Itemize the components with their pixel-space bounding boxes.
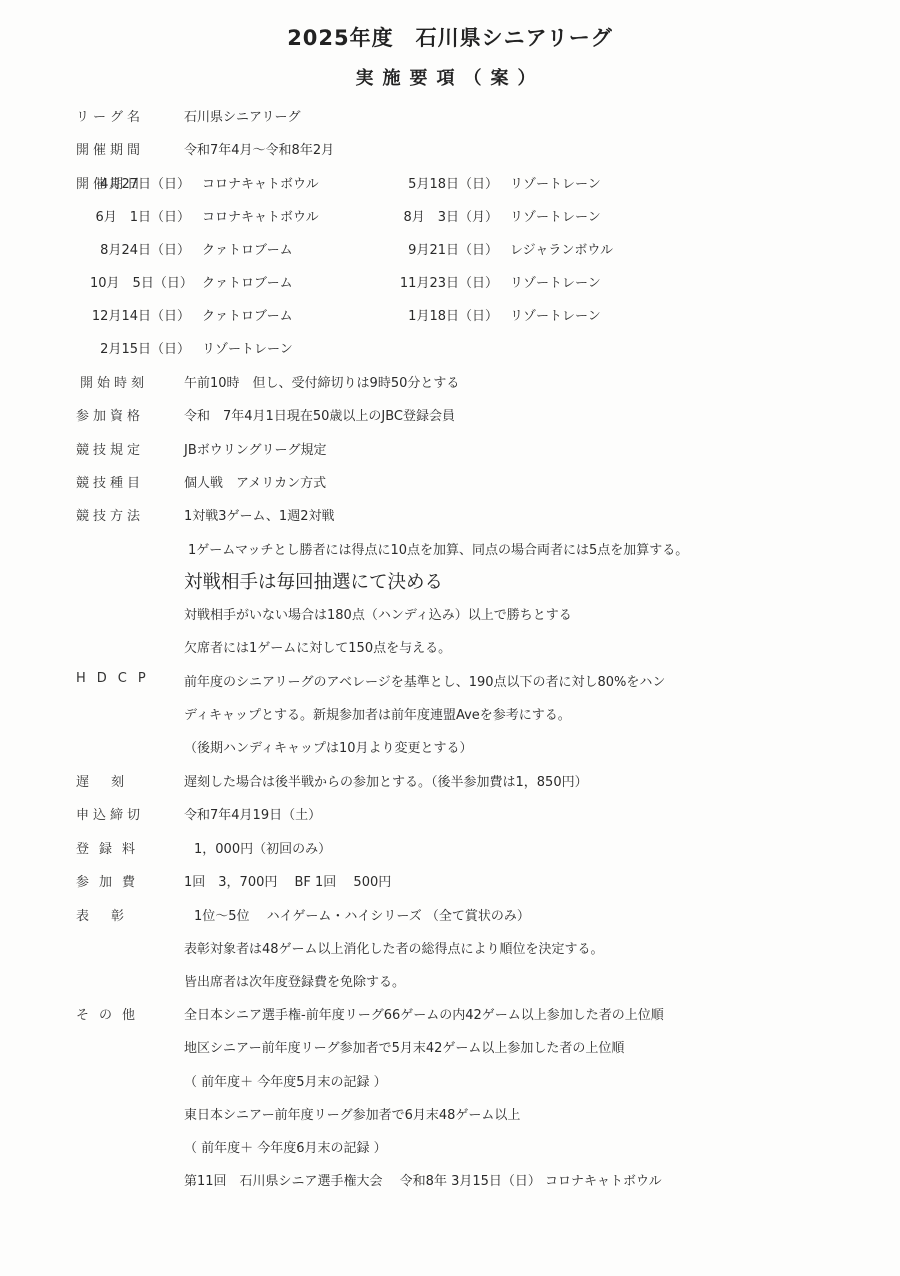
schedule-item: 1月18日（日）リゾートレーン (398, 305, 601, 324)
schedule-date: 11月23日（日） (398, 272, 498, 291)
method-line: 1ゲームマッチとし勝者には得点に10点を加算、同点の場合両者には5点を加算する。 (188, 539, 688, 558)
label-late: 遅刻 (76, 771, 146, 790)
schedule-venue: クァトロブーム (202, 309, 293, 324)
value-registration-fee: 1，000円（初回のみ） (194, 838, 331, 857)
schedule-date: 8月 3日（月） (398, 206, 498, 225)
schedule-venue: リゾートレーン (202, 342, 293, 357)
awards-line: 皆出席者は次年度登録費を免除する。 (184, 971, 405, 990)
label-method: 競技方法 (76, 505, 144, 524)
awards-line: 表彰対象者は48ゲーム以上消化した者の総得点により順位を決定する。 (184, 938, 604, 957)
other-line: 東日本シニアー前年度リーグ参加者で6月末48ゲーム以上 (184, 1104, 520, 1123)
label-awards: 表彰 (76, 905, 146, 924)
document-subtitle: 実施要項（案） (0, 64, 900, 90)
label-event: 競技種目 (76, 472, 144, 491)
value-league-name: 石川県シニアリーグ (184, 106, 300, 125)
other-line: 全日本シニア選手権-前年度リーグ66ゲームの内42ゲーム以上参加した者の上位順 (184, 1004, 664, 1023)
schedule-item: 8月24日（日）クァトロブーム (90, 239, 293, 258)
schedule-item: 5月18日（日）リゾートレーン (398, 173, 601, 192)
value-start-time: 午前10時 但し、受付締切りは9時50分とする (184, 372, 459, 391)
schedule-date: 5月18日（日） (398, 173, 498, 192)
label-rules: 競技規定 (76, 439, 144, 458)
method-line: 欠席者には1ゲームに対して150点を与える。 (184, 637, 451, 656)
document-title: 2025年度 石川県シニアリーグ (0, 22, 900, 52)
schedule-item: 12月14日（日）クァトロブーム (90, 305, 293, 324)
other-line: （ 前年度＋ 今年度5月末の記録 ） (184, 1071, 387, 1090)
schedule-date: 9月21日（日） (398, 239, 498, 258)
schedule-item: 10月 5日（日）クァトロブーム (90, 272, 293, 291)
other-line: （ 前年度＋ 今年度6月末の記録 ） (184, 1137, 387, 1156)
schedule-item: 11月23日（日）リゾートレーン (398, 272, 601, 291)
schedule-item: 2月15日（日）リゾートレーン (90, 338, 293, 357)
hdcp-line: 前年度のシニアリーグのアベレージを基準とし、190点以下の者に対し80%をハン (184, 671, 665, 690)
schedule-venue: レジャランボウル (510, 243, 613, 258)
schedule-date: 4月27日（日） (90, 173, 190, 192)
method-emphasis-line: 対戦相手は毎回抽選にて決める (184, 568, 443, 594)
schedule-date: 10月 5日（日） (90, 272, 190, 291)
value-late: 遅刻した場合は後半戦からの参加とする。（後半参加費は1，850円） (184, 771, 588, 790)
value-period: 令和7年4月～令和8年2月 (184, 139, 334, 158)
value-deadline: 令和7年4月19日（土） (184, 804, 321, 823)
schedule-date: 2月15日（日） (90, 338, 190, 357)
label-hdcp: HDCP (76, 671, 157, 686)
value-rules: JBボウリングリーグ規定 (184, 439, 327, 458)
schedule-venue: リゾートレーン (510, 309, 601, 324)
label-start-time: 開始時刻 (80, 372, 148, 391)
label-eligibility: 参加資格 (76, 405, 144, 424)
label-registration-fee: 登録料 (76, 838, 145, 857)
schedule-venue: クァトロブーム (202, 243, 293, 258)
schedule-item: 9月21日（日）レジャランボウル (398, 239, 613, 258)
label-period: 開催期間 (76, 139, 144, 158)
schedule-venue: リゾートレーン (510, 177, 601, 192)
schedule-venue: クァトロブーム (202, 276, 293, 291)
hdcp-line: ディキャップとする。新規参加者は前年度連盟Aveを参考にする。 (184, 704, 571, 723)
value-event: 個人戦 アメリカン方式 (184, 472, 326, 491)
label-deadline: 申込締切 (76, 804, 144, 823)
schedule-date: 1月18日（日） (398, 305, 498, 324)
value-eligibility: 令和 7年4月1日現在50歳以上のJBC登録会員 (184, 405, 455, 424)
schedule-item: 6月 1日（日）コロナキャトボウル (90, 206, 319, 225)
schedule-item: 8月 3日（月）リゾートレーン (398, 206, 601, 225)
label-league-name: リーグ名 (76, 106, 144, 125)
value-participation-fee: 1回 3，700円 BF 1回 500円 (184, 871, 391, 890)
method-line: 対戦相手がいない場合は180点（ハンディ込み）以上で勝ちとする (184, 604, 572, 623)
hdcp-line: （後期ハンディキャップは10月より変更とする） (184, 737, 473, 756)
schedule-venue: リゾートレーン (510, 276, 601, 291)
schedule-date: 8月24日（日） (90, 239, 190, 258)
schedule-date: 12月14日（日） (90, 305, 190, 324)
schedule-item: 4月27日（日）コロナキャトボウル (90, 173, 319, 192)
other-line: 第11回 石川県シニア選手権大会 令和8年 3月15日（日） コロナキャトボウル (184, 1170, 662, 1189)
schedule-venue: コロナキャトボウル (202, 177, 319, 192)
method-line: 1対戦3ゲーム、1週2対戦 (184, 505, 334, 524)
other-line: 地区シニアー前年度リーグ参加者で5月末42ゲーム以上参加した者の上位順 (184, 1037, 624, 1056)
schedule-date: 6月 1日（日） (90, 206, 190, 225)
label-other: その他 (76, 1004, 145, 1023)
awards-line: 1位～5位 ハイゲーム・ハイシリーズ （全て賞状のみ） (194, 905, 530, 924)
schedule-venue: リゾートレーン (510, 210, 601, 225)
schedule-venue: コロナキャトボウル (202, 210, 319, 225)
label-participation-fee: 参加費 (76, 871, 145, 890)
